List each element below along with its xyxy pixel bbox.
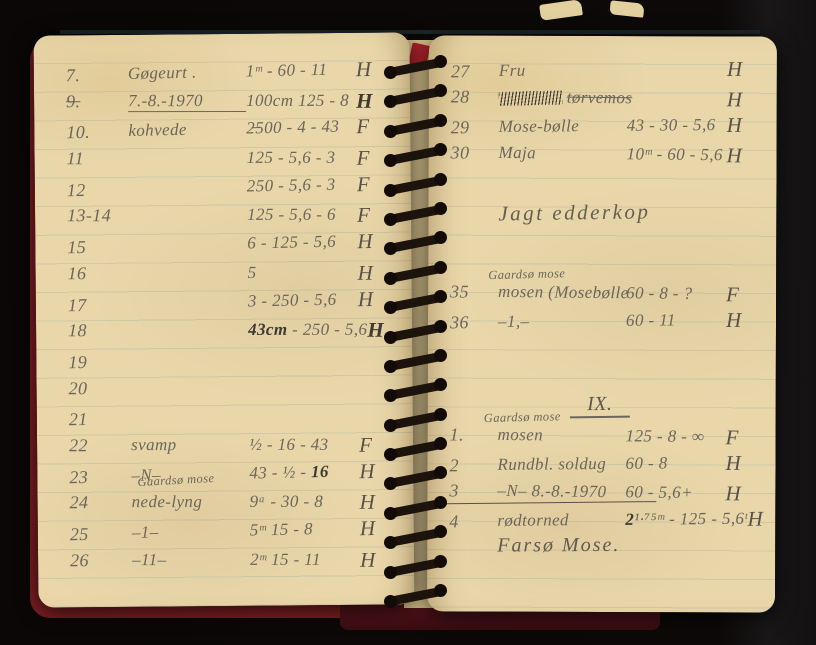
scribble-mark [499,91,563,107]
entry-value: 3 - 250 - 5,6 [248,289,358,311]
table-row: 2 Rundbl. soldug 60 - 8 H [437,449,769,480]
spiral-coil [386,52,448,81]
table-row: Gaardsø mose 35 mosen (Mosebølle 60 - 8 … [438,277,770,308]
entry-value: 1ᵐ - 60 - 11 [246,60,356,82]
right-page: 27 Fru H 28 tørvemos H 29 Mose-bølle 43 … [427,35,777,612]
spiral-coil [386,346,448,375]
entry-label: –11– [132,550,250,570]
margin-note: Gaardsø mose [484,409,561,426]
entry-number: 24 [52,492,132,513]
entry-number: 16 [50,263,130,284]
section-heading: Jagt edderkop [438,198,770,228]
entry-mark: H [727,87,771,112]
spiral-coil [386,434,448,463]
spiral-binding [386,52,448,612]
entry-number: 13-14 [49,205,129,226]
table-row: Gaardsø mose 23 –N– 43 - ½ - 16 H [51,456,404,492]
spiral-coil [386,287,448,316]
entry-number: 19 [50,351,130,374]
spacer [438,334,770,393]
entry-value: 2ᵐ 15 - 11 [250,550,360,570]
torn-paper-fragment [609,0,644,17]
spiral-coil [386,140,448,169]
entry-label: mosen [498,425,626,446]
entry-value: 6 - 125 - 5,6 [247,232,357,254]
table-row: 11 125 - 5,6 - 3 F [49,144,401,173]
notebook-photo: 7. Gøgeurt . 1ᵐ - 60 - 11 H 9. 7.-8.-197… [0,0,816,645]
entry-value: 5ᵐ 15 - 8 [250,519,360,541]
table-row: 7. Gøgeurt . 1ᵐ - 60 - 11 H [48,54,401,90]
entry-value: ½ - 16 - 43 [249,435,359,455]
table-row: 9. 7.-8.-1970 100cm 125 - 8 H [48,86,400,115]
entry-value: 10ᵐ - 60 - 5,6 [626,144,726,165]
entry-number: 25 [52,523,132,546]
entry-value: 125 - 8 - ∞ [626,426,726,447]
table-row: 27 Fru H [439,55,771,86]
entry-label: –1– [132,521,250,543]
spiral-coil [386,81,448,110]
left-page-entries: 7. Gøgeurt . 1ᵐ - 60 - 11 H 9. 7.-8.-197… [34,32,415,576]
spacer [438,167,770,200]
table-row: 18 43cm - 250 - 5,6 H [50,316,402,345]
entry-value: 60 - 8 - ? [626,283,726,304]
entry-value: 125 - 5,6 - 6 [247,206,357,226]
entry-value: 43 - ½ - 16 [249,461,359,483]
margin-note: Gaardsø mose [488,266,565,283]
spiral-coil [386,228,448,257]
spiral-coil [386,463,448,492]
entry-number: 26 [52,550,132,571]
spiral-coil [386,522,448,551]
spiral-coil [386,258,448,287]
entry-mark: H [727,56,771,81]
table-row: 25 –1– 5ᵐ 15 - 8 H [52,513,405,549]
entry-label: rødtorned [497,510,625,531]
entry-value-bold: 43cm [248,320,287,339]
entry-number: 11 [49,148,129,169]
entry-number: 22 [51,435,131,456]
entry-label: Gøgeurt . [128,62,246,84]
entry-mark: H [726,307,770,332]
spiral-coil [386,170,448,199]
entry-value: 100cm 125 - 8 [246,91,356,111]
table-row: 10. kohvede 2̶500 - 4 - 43 F [48,112,401,148]
entry-value: 9ᵃ - 30 - 8 [250,492,360,512]
right-page-entries: 27 Fru H 28 tørvemos H 29 Mose-bølle 43 … [427,35,777,557]
entry-mark: H [725,481,769,506]
entry-label [129,187,247,189]
entry-number: 17 [50,293,130,316]
entry-label: –1,– [498,311,626,332]
entry-value: 43 - 30 - 5,6 [627,115,727,136]
entry-label: Fru [499,60,627,81]
entry-value: 2¹·⁷⁵ᵐ - 125 - 5,6ᵗ [625,509,747,530]
table-row: 21 [51,399,404,435]
entry-number: 10. [48,121,128,144]
entry-value-bold: 16 [311,462,329,481]
entry-value: 43cm - 250 - 5,6 [248,320,367,340]
table-row: 26 –11– 2ᵐ 15 - 11 H [52,545,404,574]
entry-label: Rundbl. soldug [497,454,625,475]
entry-number: 12 [49,179,129,202]
entry-value [627,69,727,70]
entry-value: 5 [248,263,358,283]
location-footer: Farsø Mose. [437,533,769,558]
entry-mark: H [747,506,791,531]
table-row: 12 250 - 5,6 - 3 F [49,169,402,205]
table-row: 22 svamp ½ - 16 - 43 F [51,431,403,460]
entry-label: mosen (Mosebølle [498,282,626,303]
entry-value [627,98,727,99]
spiral-coil [386,405,448,434]
table-row: 24 nede-lyng 9ᵃ - 30 - 8 H [52,488,404,517]
entry-number: 18 [50,320,130,341]
table-row: 20 [51,373,403,402]
table-row: 16 5 H [50,258,402,287]
entry-number: 20 [51,378,131,399]
entry-mark: H [725,450,769,475]
cover-top-edge [60,30,760,34]
table-row: 29 Mose-bølle 43 - 30 - 5,6 H [439,111,771,142]
table-row: 3 –N– 8.-8.-1970 60 - 5,6+ H [437,476,769,507]
table-row: 15 6 - 125 - 5,6 H [49,226,402,262]
table-row: 28 tørvemos H [439,82,771,113]
table-row: 17 3 - 250 - 5,6 H [50,284,403,320]
entry-mark: F [726,282,770,307]
entry-label: Mose-bølle [499,116,627,137]
entry-value: 60 - 5,6+ [625,482,725,503]
spiral-coil [386,375,448,404]
entry-number: 23 [51,465,131,488]
spiral-coil [386,111,448,140]
entry-value-bold: 2 [625,510,634,529]
entry-label [130,301,248,303]
entry-value: 2̶500 - 4 - 43 [246,117,356,139]
table-row: Gaardsø mose 1. mosen 125 - 8 - ∞ F [437,420,769,451]
spiral-coil [386,199,448,228]
entry-label: nede-lyng [132,493,250,513]
table-row: 30 Maja 10ᵐ - 60 - 5,6 H [438,138,770,169]
entry-label: Maja [498,143,626,164]
table-row: 4 rødtorned 2¹·⁷⁵ᵐ - 125 - 5,6ᵗ H [437,505,769,536]
entry-number: 15 [49,236,129,259]
entry-number: 7. [48,64,128,87]
table-row: 36 –1,– 60 - 11 H [438,306,770,337]
entry-value: 60 - 11 [626,310,726,331]
entry-mark: F [725,425,769,450]
entry-label: 7.-8.-1970 [128,90,246,111]
table-row: 13-14 125 - 5,6 - 6 F [49,201,401,230]
spiral-coil [386,317,448,346]
spiral-coil [386,552,448,581]
entry-label: kohvede [128,119,246,141]
section-number: IX. [570,393,630,419]
spiral-coil [386,581,448,610]
entry-value: 250 - 5,6 - 3 [247,174,357,196]
entry-number: 21 [51,408,131,431]
entry-label [129,244,247,246]
entry-value: 125 - 5,6 - 3 [247,148,357,168]
entry-label: svamp [131,435,249,455]
torn-paper-fragment [539,0,583,21]
entry-mark: H [726,143,770,168]
left-page: 7. Gøgeurt . 1ᵐ - 60 - 11 H 9. 7.-8.-197… [34,32,415,607]
table-row: 19 [50,341,403,377]
entry-label: –N– 8.-8.-1970 [497,481,625,502]
entry-value: 60 - 8 [625,453,725,474]
entry-number: 9. [48,91,128,112]
entry-mark: H [727,112,771,137]
entry-label: tørvemos [499,87,627,108]
spiral-coil [386,493,448,522]
